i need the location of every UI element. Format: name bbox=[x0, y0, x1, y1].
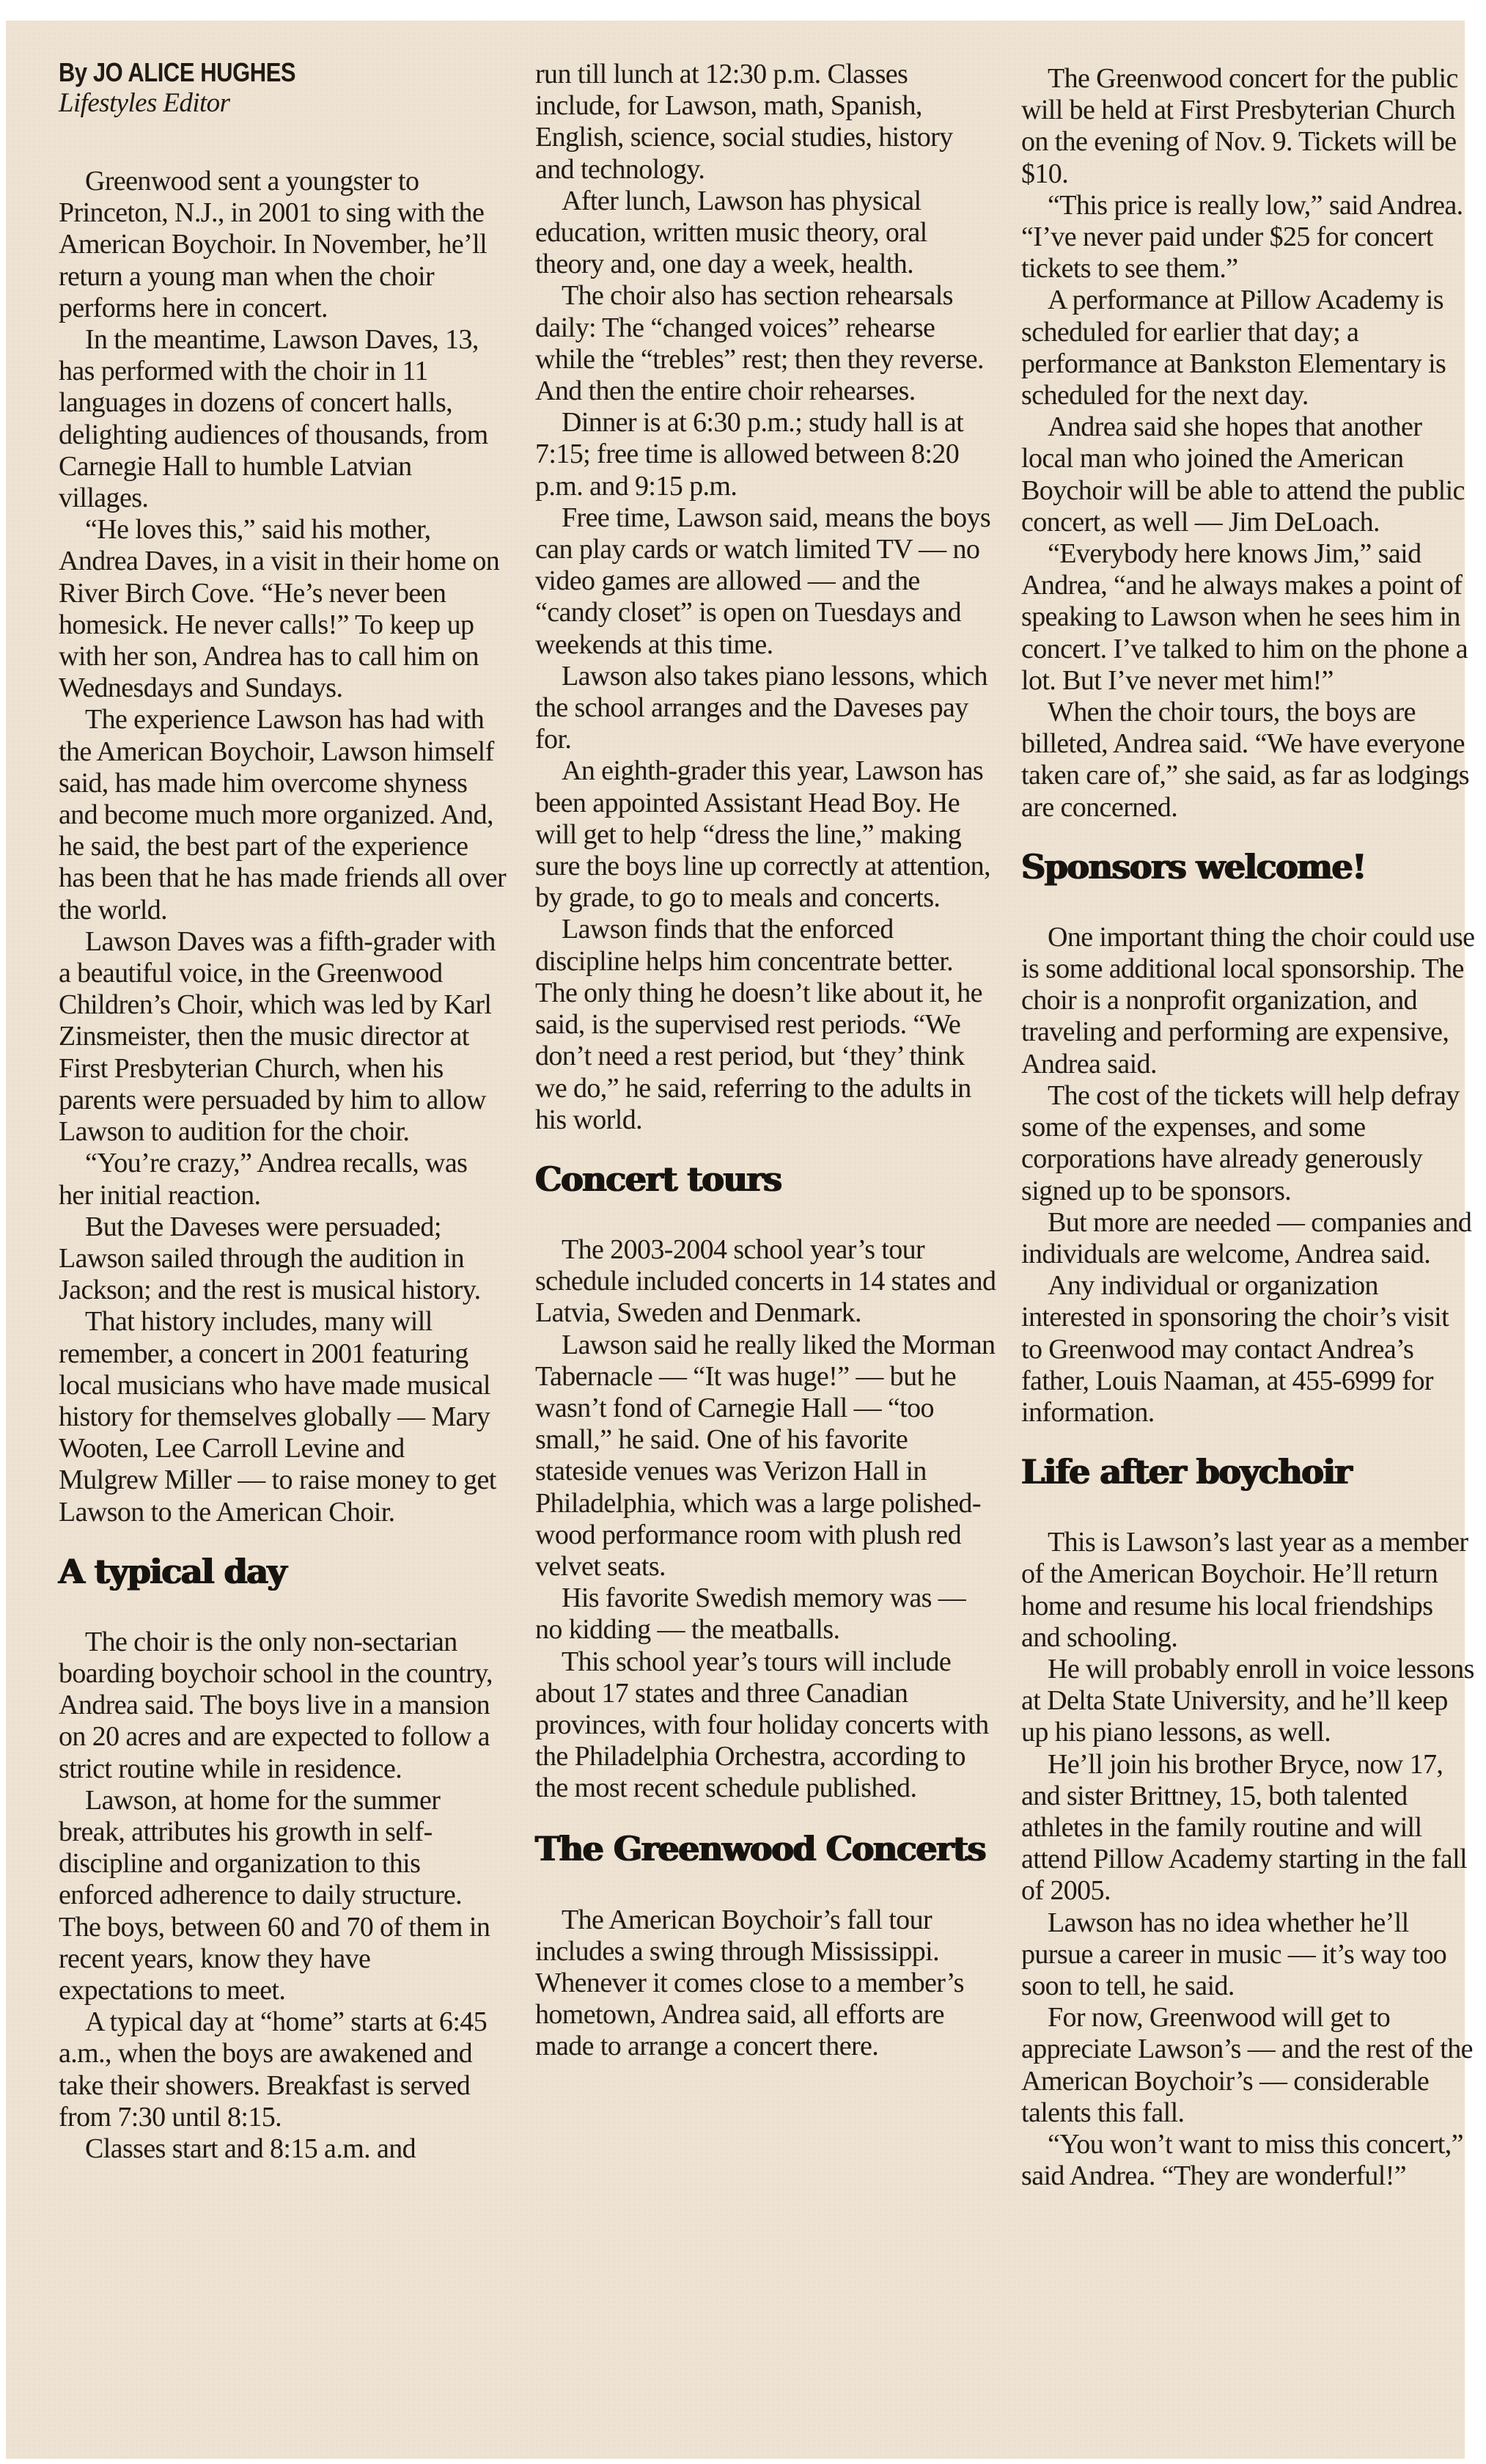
section-heading: A typical day bbox=[59, 1553, 506, 1590]
article-paragraph: The cost of the tickets will help defray… bbox=[1021, 1080, 1476, 1207]
section-heading: Life after boychoir bbox=[1021, 1453, 1476, 1490]
article-paragraph: His favorite Swedish memory was — no kid… bbox=[535, 1583, 997, 1646]
article-paragraph: Lawson has no idea whether he’ll pursue … bbox=[1021, 1907, 1476, 2003]
article-paragraph: For now, Greenwood will get to appreciat… bbox=[1021, 2002, 1476, 2129]
article-paragraph: Lawson Daves was a fifth-grader with a b… bbox=[59, 926, 506, 1148]
article-paragraph: That history includes, many will remembe… bbox=[59, 1306, 506, 1528]
article-paragraph: When the choir tours, the boys are bille… bbox=[1021, 697, 1476, 824]
article-paragraph: Any individual or organization intereste… bbox=[1021, 1270, 1476, 1429]
article-paragraph: “You won’t want to miss this concert,” s… bbox=[1021, 2129, 1476, 2192]
article-paragraph: Andrea said she hopes that another local… bbox=[1021, 411, 1476, 538]
article-paragraph: Lawson also takes piano lessons, which t… bbox=[535, 661, 997, 756]
byline-title: Lifestyles Editor bbox=[59, 88, 506, 119]
article-paragraph: The experience Lawson has had with the A… bbox=[59, 704, 506, 925]
article-paragraph: He will probably enroll in voice lessons… bbox=[1021, 1654, 1476, 1749]
article-paragraph: “You’re crazy,” Andrea recalls, was her … bbox=[59, 1148, 506, 1211]
article-column-2: run till lunch at 12:30 p.m. Classes inc… bbox=[535, 59, 997, 2063]
article-paragraph: run till lunch at 12:30 p.m. Classes inc… bbox=[535, 59, 997, 186]
article-paragraph: In the meantime, Lawson Daves, 13, has p… bbox=[59, 324, 506, 514]
article-paragraph: “He loves this,” said his mother, Andrea… bbox=[59, 514, 506, 704]
article-column-1: By JO ALICE HUGHES Lifestyles Editor Gre… bbox=[59, 57, 506, 2165]
article-paragraph: Free time, Lawson said, means the boys c… bbox=[535, 502, 997, 661]
article-paragraph: Lawson, at home for the summer break, at… bbox=[59, 1785, 506, 2006]
article-paragraph: “This price is really low,” said Andrea.… bbox=[1021, 190, 1476, 285]
article-paragraph: He’ll join his brother Bryce, now 17, an… bbox=[1021, 1749, 1476, 1907]
article-paragraph: The American Boychoir’s fall tour includ… bbox=[535, 1904, 997, 2063]
article-paragraph: The Greenwood concert for the public wil… bbox=[1021, 63, 1476, 190]
newspaper-clipping: By JO ALICE HUGHES Lifestyles Editor Gre… bbox=[6, 21, 1465, 2459]
article-paragraph: But the Daveses were persuaded; Lawson s… bbox=[59, 1211, 506, 1307]
article-paragraph: The choir is the only non-sectarian boar… bbox=[59, 1627, 506, 1785]
article-paragraph: This school year’s tours will include ab… bbox=[535, 1646, 997, 1805]
article-paragraph: Greenwood sent a youngster to Princeton,… bbox=[59, 166, 506, 324]
article-paragraph: After lunch, Lawson has physical educati… bbox=[535, 186, 997, 281]
article-paragraph: The 2003-2004 school year’s tour schedul… bbox=[535, 1234, 997, 1330]
article-paragraph: Lawson finds that the enforced disciplin… bbox=[535, 914, 997, 1135]
article-paragraph: But more are needed — companies and indi… bbox=[1021, 1207, 1476, 1270]
section-heading: Concert tours bbox=[535, 1161, 997, 1198]
article-paragraph: “Everybody here knows Jim,” said Andrea,… bbox=[1021, 538, 1476, 697]
article-paragraph: A performance at Pillow Academy is sched… bbox=[1021, 285, 1476, 411]
article-paragraph: A typical day at “home” starts at 6:45 a… bbox=[59, 2006, 506, 2133]
article-paragraph: Dinner is at 6:30 p.m.; study hall is at… bbox=[535, 407, 997, 502]
article-paragraph: This is Lawson’s last year as a member o… bbox=[1021, 1527, 1476, 1654]
article-paragraph: Lawson said he really liked the Morman T… bbox=[535, 1330, 997, 1583]
article-column-3: The Greenwood concert for the public wil… bbox=[1021, 63, 1476, 2192]
article-paragraph: An eighth-grader this year, Lawson has b… bbox=[535, 755, 997, 914]
section-heading: Sponsors welcome! bbox=[1021, 848, 1476, 885]
byline: By JO ALICE HUGHES bbox=[59, 57, 444, 88]
section-heading: The Greenwood Concerts bbox=[535, 1830, 997, 1868]
article-paragraph: Classes start and 8:15 a.m. and bbox=[59, 2133, 506, 2165]
article-paragraph: One important thing the choir could use … bbox=[1021, 922, 1476, 1080]
article-paragraph: The choir also has section rehearsals da… bbox=[535, 280, 997, 407]
